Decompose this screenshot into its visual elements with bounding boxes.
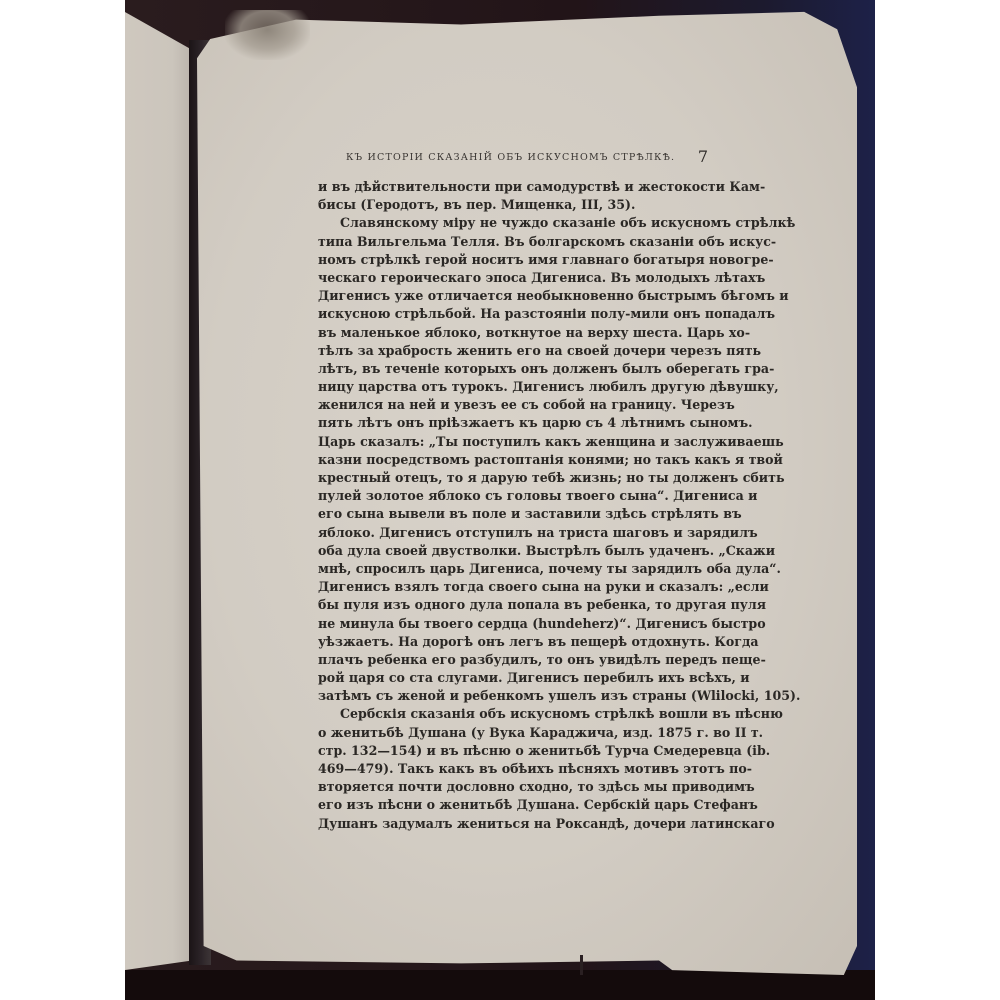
table-surface bbox=[125, 970, 875, 1000]
text-line: 469—479). Такъ какъ въ обѣихъ пѣсняхъ мо… bbox=[318, 760, 696, 778]
text-line: женился на ней и увезъ ее съ собой на гр… bbox=[318, 396, 696, 414]
page-number: 7 bbox=[698, 147, 708, 166]
text-line: мнѣ, спросилъ царь Дигениса, почему ты з… bbox=[318, 560, 696, 578]
text-line: его сына вывели въ поле и заставили здѣс… bbox=[318, 505, 696, 523]
text-line: яблоко. Дигенисъ отступилъ на триста шаг… bbox=[318, 524, 696, 542]
text-line: оба дула своей двустволки. Выстрѣлъ былъ… bbox=[318, 542, 696, 560]
text-line: ницу царства отъ турокъ. Дигенисъ любилъ… bbox=[318, 378, 696, 396]
text-line: Сербскія сказанія объ искусномъ стрѣлкѣ … bbox=[318, 705, 696, 723]
left-page-edge bbox=[125, 12, 193, 970]
text-line: Дигенисъ взялъ тогда своего сына на руки… bbox=[318, 578, 696, 596]
header-title: къ исторіи сказаній объ искусномъ стрѣлк… bbox=[346, 152, 675, 163]
text-line: бисы (Геродотъ, въ пер. Мищенка, III, 35… bbox=[318, 196, 696, 214]
text-line: типа Вильгельма Телля. Въ болгарскомъ ск… bbox=[318, 233, 696, 251]
text-line: плачъ ребенка его разбудилъ, то онъ увид… bbox=[318, 651, 696, 669]
torn-corner bbox=[225, 10, 310, 60]
text-line: тѣлъ за храбрость женить его на своей до… bbox=[318, 342, 696, 360]
page-tear bbox=[580, 955, 583, 975]
text-line: Душанъ задумалъ жениться на Роксандѣ, до… bbox=[318, 815, 696, 833]
text-line: бы пуля изъ одного дула попала въ ребенк… bbox=[318, 596, 696, 614]
text-line: казни посредствомъ растоптанія конями; н… bbox=[318, 451, 696, 469]
text-line: пулей золотое яблоко съ головы твоего сы… bbox=[318, 487, 696, 505]
text-line: пять лѣтъ онъ пріѣзжаетъ къ царю съ 4 лѣ… bbox=[318, 414, 696, 432]
text-line: и въ дѣйствительности при самодурствѣ и … bbox=[318, 178, 696, 196]
text-line: номъ стрѣлкѣ герой носитъ имя главнаго б… bbox=[318, 251, 696, 269]
text-line: Славянскому міру не чуждо сказаніе объ и… bbox=[318, 214, 696, 232]
text-line: въ маленькое яблоко, воткнутое на верху … bbox=[318, 324, 696, 342]
text-line: лѣтъ, въ теченіе которыхъ онъ долженъ бы… bbox=[318, 360, 696, 378]
text-line: ческаго героическаго эпоса Дигениса. Въ … bbox=[318, 269, 696, 287]
text-line: о женитьбѣ Душана (у Вука Караджича, изд… bbox=[318, 724, 696, 742]
running-header: къ исторіи сказаній объ искусномъ стрѣлк… bbox=[318, 150, 708, 168]
body-text: и въ дѣйствительности при самодурствѣ и … bbox=[318, 178, 696, 833]
text-line: стр. 132—154) и въ пѣсню о женитьбѣ Турч… bbox=[318, 742, 696, 760]
text-line: искусною стрѣльбой. На разстояніи полу-м… bbox=[318, 305, 696, 323]
text-line: не минула бы твоего сердца (hundeherz)“.… bbox=[318, 615, 696, 633]
text-line: его изъ пѣсни о женитьбѣ Душана. Сербскі… bbox=[318, 796, 696, 814]
text-line: крестный отецъ, то я дарую тебѣ жизнь; н… bbox=[318, 469, 696, 487]
text-line: Дигенисъ уже отличается необыкновенно бы… bbox=[318, 287, 696, 305]
text-line: вторяется почти дословно сходно, то здѣс… bbox=[318, 778, 696, 796]
text-line: уѣзжаетъ. На дорогѣ онъ легъ въ пещерѣ о… bbox=[318, 633, 696, 651]
text-line: рой царя со ста слугами. Дигенисъ переби… bbox=[318, 669, 696, 687]
text-line: затѣмъ съ женой и ребенкомъ ушелъ изъ ст… bbox=[318, 687, 696, 705]
text-line: Царь сказалъ: „Ты поступилъ какъ женщина… bbox=[318, 433, 696, 451]
